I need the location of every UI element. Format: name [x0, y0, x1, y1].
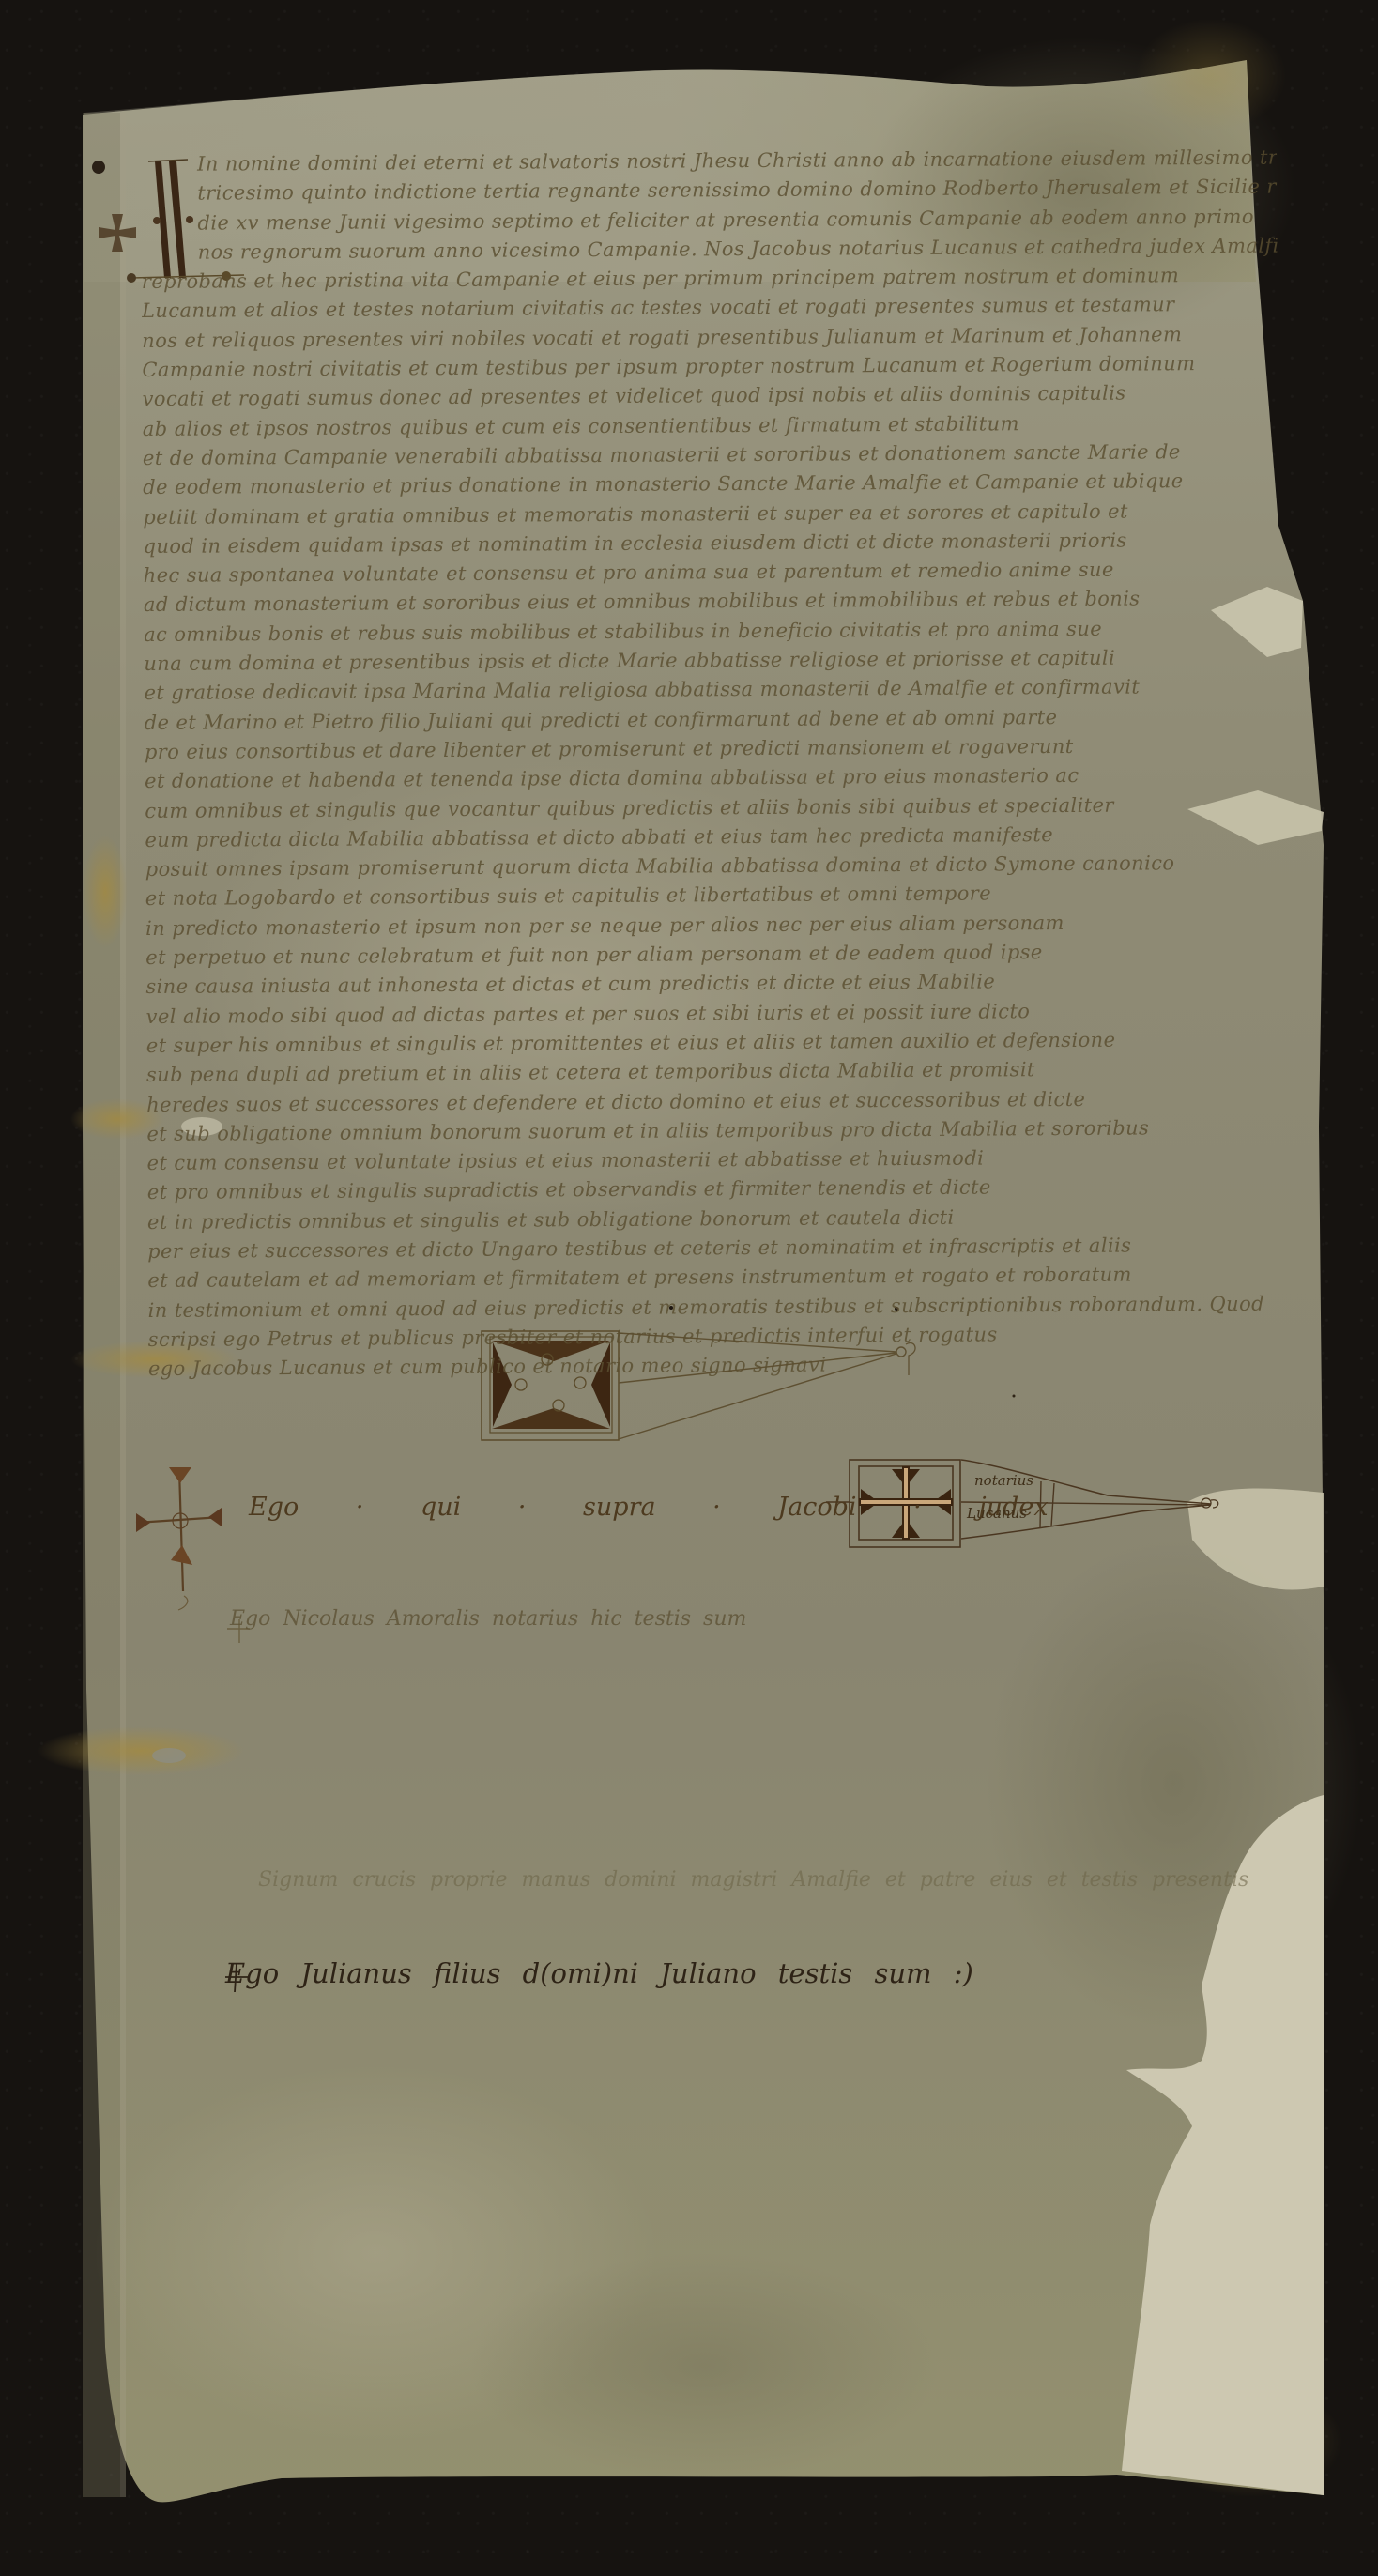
stain	[83, 836, 128, 948]
stain	[1136, 19, 1286, 131]
charter-main-text: In nomine domini dei eterni et salvatori…	[141, 144, 1284, 1385]
grey-fleck	[152, 1748, 186, 1763]
ink-speck	[1013, 1395, 1016, 1398]
left-fold-highlight	[120, 113, 126, 2497]
blotch	[469, 2253, 939, 2478]
subscription-julianus: Ego Julianus filius d(omi)ni Juliano tes…	[225, 1957, 973, 1989]
subscription-nicolaus: Ego Nicolaus Amoralis notarius hic testi…	[230, 1607, 746, 1631]
notary-label-notarius: notarius	[974, 1472, 1033, 1489]
subscription-jacobi-judex: Ego · qui · supra · Jacobi · judex	[249, 1493, 1049, 1522]
stain	[38, 1726, 244, 1775]
subscription-signum-faded: Signum crucis proprie manus domini magis…	[258, 1868, 1248, 1892]
left-fold-shadow	[83, 113, 120, 2497]
notary-label-lucanus: Lucanus	[967, 1505, 1027, 1522]
punch-hole	[92, 161, 105, 174]
